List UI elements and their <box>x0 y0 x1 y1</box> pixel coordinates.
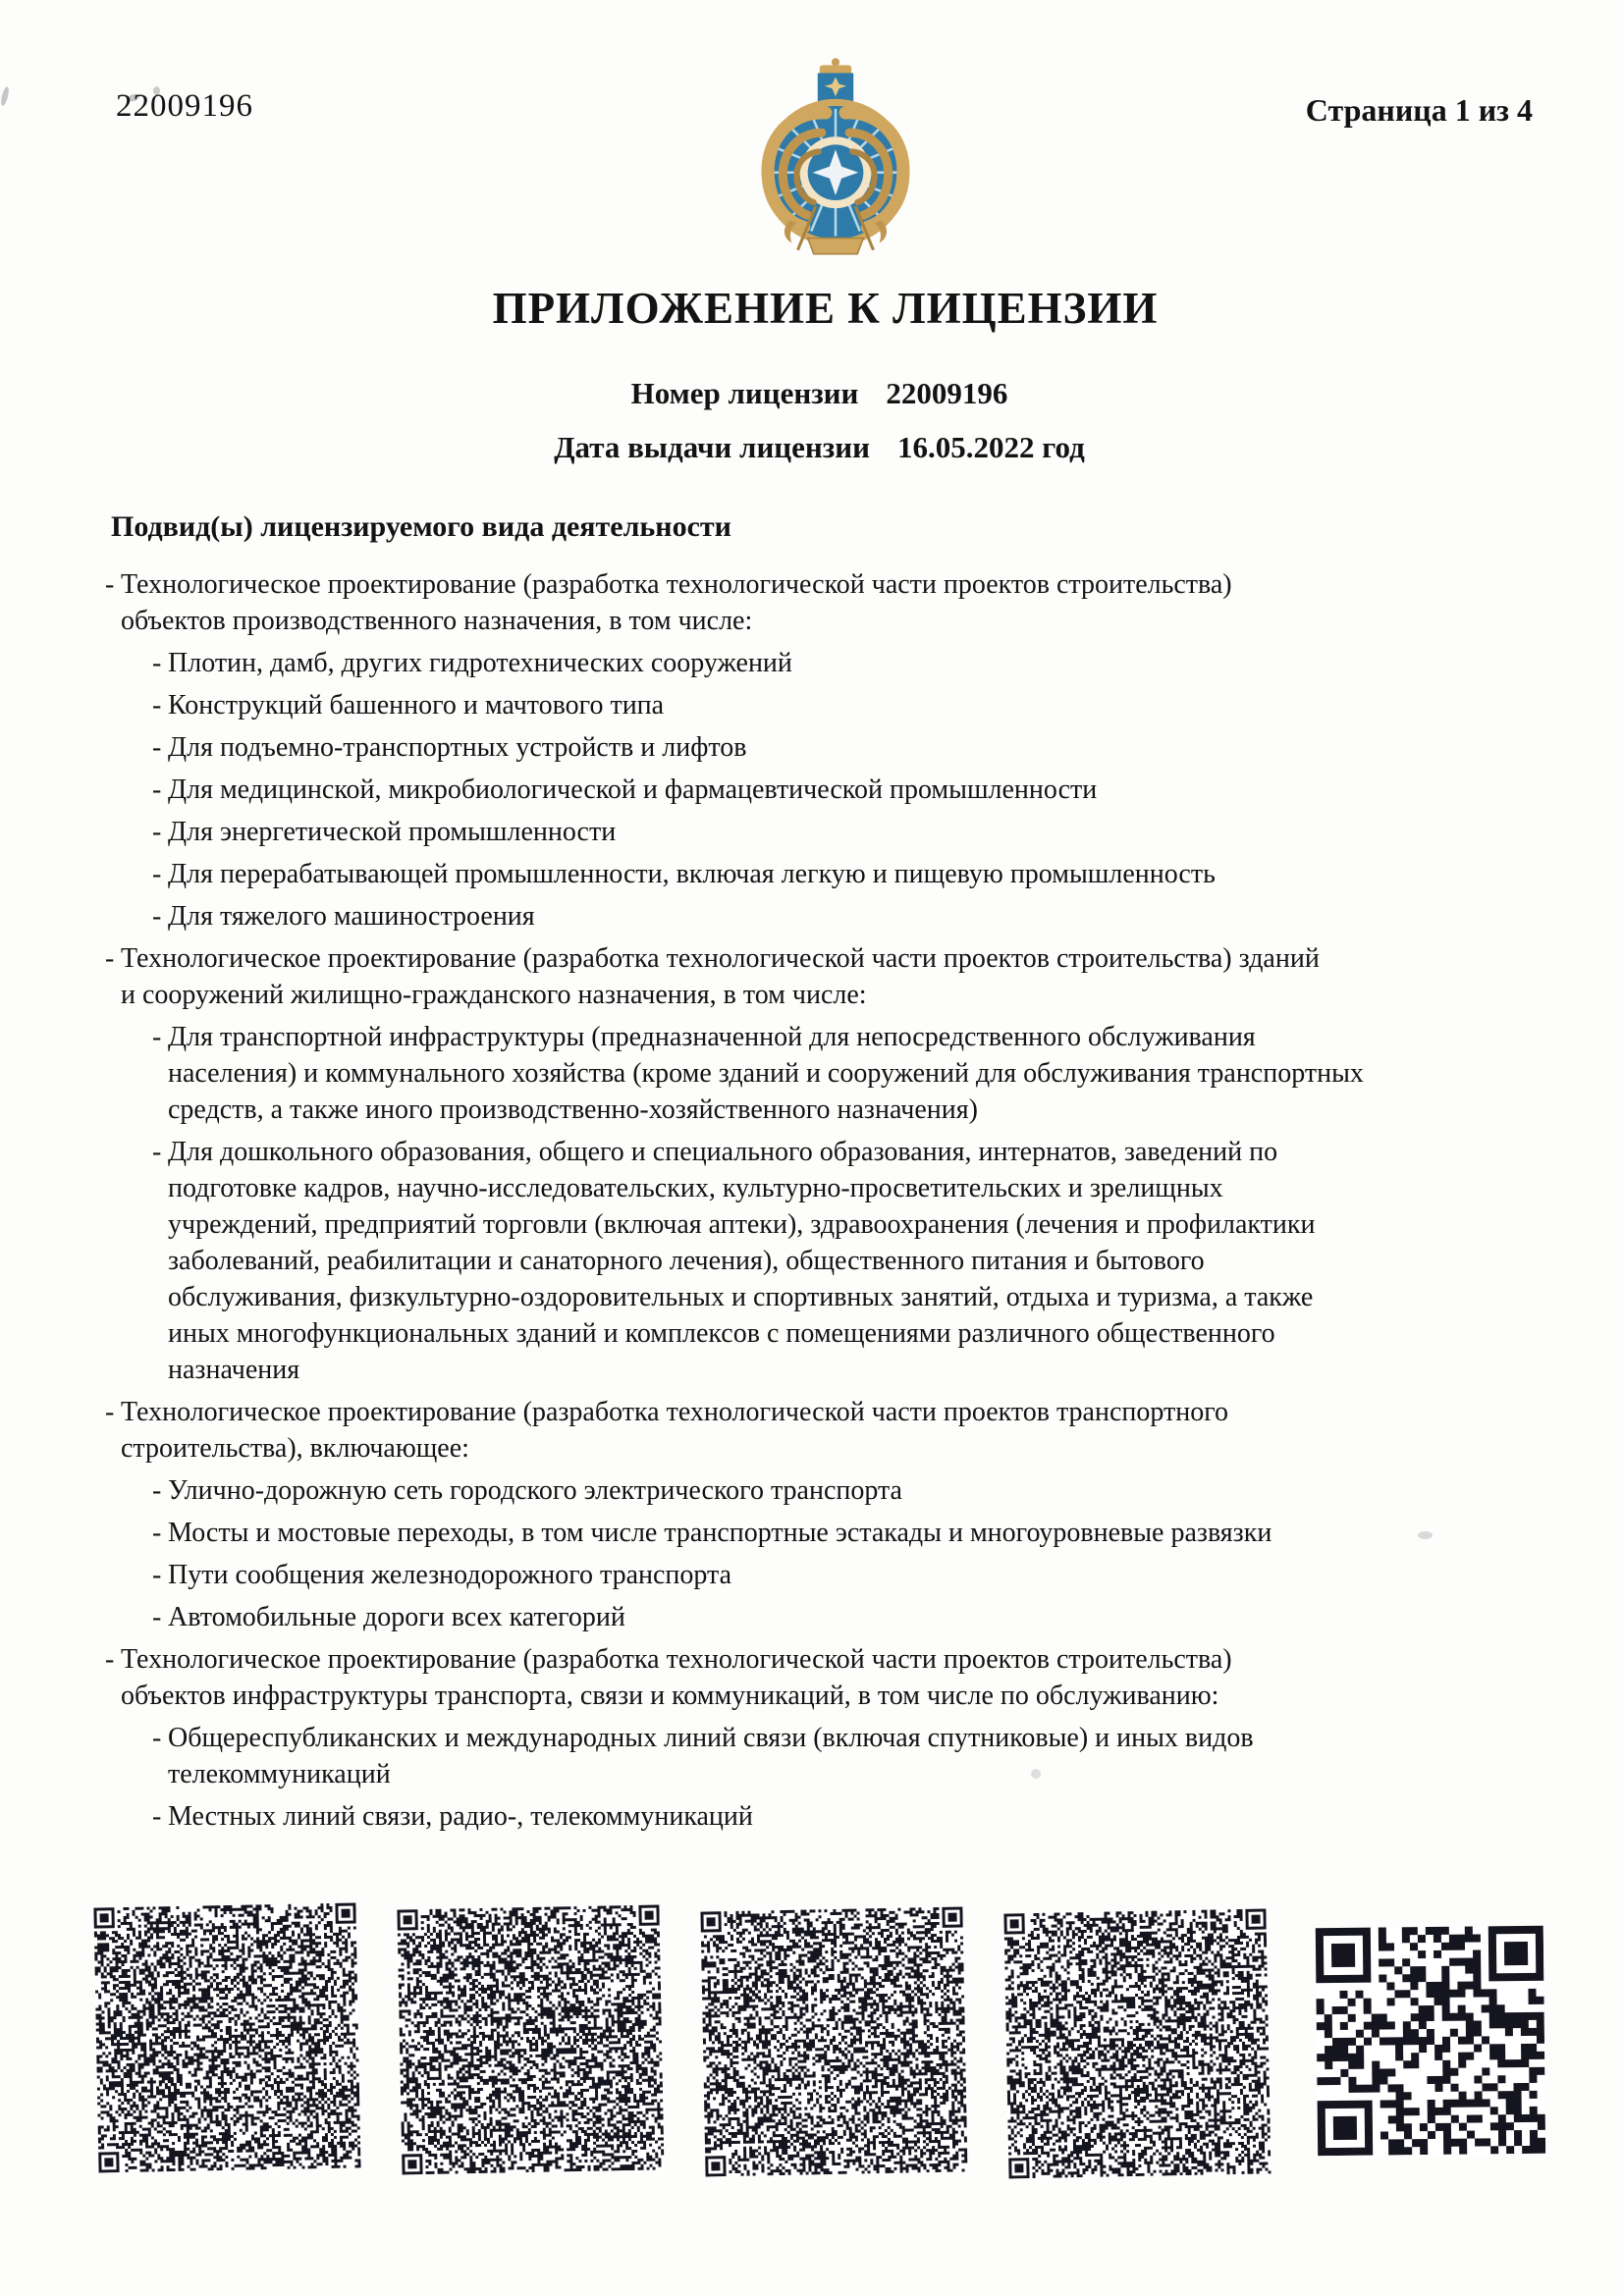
item-text: Для дошкольного образования, общего и сп… <box>168 1137 1277 1167</box>
list-item: -Технологическое проектирование (разрабо… <box>105 1394 1588 1467</box>
list-item: -Технологическое проектирование (разрабо… <box>105 566 1588 639</box>
bullet-dash: - <box>152 687 161 723</box>
license-appendix-page: 22009196 Страница 1 из 4 <box>0 0 1623 2296</box>
item-line: Для медицинской, микробиологической и фа… <box>168 772 1588 808</box>
item-line: Для транспортной инфраструктуры (предназ… <box>168 1019 1588 1055</box>
item-text: объектов производственного назначения, в… <box>121 606 752 636</box>
item-text: Для энергетической промышленности <box>168 817 616 847</box>
license-number-row: Номер лицензии22009196 <box>8 376 1623 411</box>
activity-subtypes-list: -Технологическое проектирование (разрабо… <box>105 566 1588 1841</box>
document-number: 22009196 <box>116 88 253 125</box>
bullet-dash: - <box>152 1515 161 1551</box>
list-item: -Технологическое проектирование (разрабо… <box>105 940 1588 1013</box>
item-line: Улично-дорожную сеть городского электрич… <box>168 1472 1588 1509</box>
item-line: Технологическое проектирование (разработ… <box>121 1394 1588 1430</box>
list-item: -Для тяжелого машиностроения <box>152 898 1588 934</box>
item-line: строительства), включающее: <box>121 1430 1588 1467</box>
bullet-dash: - <box>152 1720 161 1756</box>
bullet-dash: - <box>152 1798 161 1835</box>
list-item: -Для подъемно-транспортных устройств и л… <box>152 729 1588 766</box>
barcode-4 <box>1003 1908 1271 2178</box>
list-item: -Улично-дорожную сеть городского электри… <box>152 1472 1588 1509</box>
bullet-dash: - <box>152 1472 161 1509</box>
emblem-banner <box>808 239 864 254</box>
item-line: Для дошкольного образования, общего и сп… <box>168 1134 1588 1170</box>
item-line: Для энергетической промышленности <box>168 814 1588 850</box>
bullet-dash: - <box>152 1019 161 1055</box>
item-line: обслуживания, физкультурно-оздоровительн… <box>168 1279 1588 1315</box>
bullet-dash: - <box>105 1394 114 1430</box>
item-line: объектов производственного назначения, в… <box>121 603 1588 639</box>
item-text: Общереспубликанских и международных лини… <box>168 1723 1254 1753</box>
list-item: -Общереспубликанских и международных лин… <box>152 1720 1588 1792</box>
item-text: Технологическое проектирование (разработ… <box>121 1397 1228 1427</box>
license-number-label: Номер лицензии <box>631 376 859 410</box>
item-line: Местных линий связи, радио-, телекоммуни… <box>168 1798 1588 1835</box>
kazakhstan-emblem-icon <box>756 55 915 259</box>
item-text: Технологическое проектирование (разработ… <box>121 1644 1232 1675</box>
page-indicator: Страница 1 из 4 <box>1306 92 1533 129</box>
bullet-dash: - <box>152 1599 161 1635</box>
item-text: Улично-дорожную сеть городского электрич… <box>168 1475 902 1506</box>
item-line: населения) и коммунального хозяйства (кр… <box>168 1055 1588 1092</box>
item-text: Для подъемно-транспортных устройств и ли… <box>168 732 746 763</box>
issue-date-label: Дата выдачи лицензии <box>554 430 870 464</box>
item-text: Мосты и мостовые переходы, в том числе т… <box>168 1518 1271 1548</box>
license-number-value: 22009196 <box>886 376 1007 410</box>
page-title: ПРИЛОЖЕНИЕ К ЛИЦЕНЗИИ <box>14 283 1623 334</box>
item-text: заболеваний, реабилитации и санаторного … <box>168 1246 1205 1276</box>
item-text: строительства), включающее: <box>121 1433 469 1464</box>
bullet-dash: - <box>105 1641 114 1678</box>
item-line: телекоммуникаций <box>168 1756 1588 1792</box>
bullet-dash: - <box>152 898 161 934</box>
list-item: -Пути сообщения железнодорожного транспо… <box>152 1557 1588 1593</box>
bullet-dash: - <box>152 772 161 808</box>
barcode-1 <box>93 1902 360 2172</box>
bullet-dash: - <box>152 645 161 681</box>
bullet-dash: - <box>152 856 161 892</box>
item-text: учреждений, предприятий торговли (включа… <box>168 1209 1315 1240</box>
item-text: Для перерабатывающей промышленности, вкл… <box>168 859 1216 889</box>
item-text: Технологическое проектирование (разработ… <box>121 569 1232 600</box>
item-text: Для тяжелого машиностроения <box>168 901 535 932</box>
item-line: Технологическое проектирование (разработ… <box>121 1641 1588 1678</box>
item-text: телекоммуникаций <box>168 1759 391 1789</box>
item-text: объектов инфраструктуры транспорта, связ… <box>121 1681 1218 1711</box>
section-heading: Подвид(ы) лицензируемого вида деятельнос… <box>111 510 731 544</box>
item-text: Технологическое проектирование (разработ… <box>121 943 1320 974</box>
item-line: средств, а также иного производственно-х… <box>168 1092 1588 1128</box>
list-item: -Плотин, дамб, других гидротехнических с… <box>152 645 1588 681</box>
item-text: Местных линий связи, радио-, телекоммуни… <box>168 1801 753 1832</box>
issue-date-value: 16.05.2022 год <box>897 430 1085 464</box>
list-item: -Для дошкольного образования, общего и с… <box>152 1134 1588 1388</box>
item-line: Плотин, дамб, других гидротехнических со… <box>168 645 1588 681</box>
list-item: -Для перерабатывающей промышленности, вк… <box>152 856 1588 892</box>
item-line: Конструкций башенного и мачтового типа <box>168 687 1588 723</box>
item-line: объектов инфраструктуры транспорта, связ… <box>121 1678 1588 1714</box>
item-text: Плотин, дамб, других гидротехнических со… <box>168 648 792 678</box>
item-text: Автомобильные дороги всех категорий <box>168 1602 625 1632</box>
item-text: обслуживания, физкультурно-оздоровительн… <box>168 1282 1313 1312</box>
list-item: -Мосты и мостовые переходы, в том числе … <box>152 1515 1588 1551</box>
item-line: Для перерабатывающей промышленности, вкл… <box>168 856 1588 892</box>
list-item: -Для энергетической промышленности <box>152 814 1588 850</box>
item-text: и сооружений жилищно-гражданского назнач… <box>121 980 867 1010</box>
item-line: Технологическое проектирование (разработ… <box>121 940 1588 977</box>
item-text: Конструкций башенного и мачтового типа <box>168 690 664 721</box>
bullet-dash: - <box>152 729 161 766</box>
item-text: подготовке кадров, научно-исследовательс… <box>168 1173 1223 1203</box>
list-item: -Автомобильные дороги всех категорий <box>152 1599 1588 1635</box>
barcode-2 <box>397 1904 664 2174</box>
item-line: Технологическое проектирование (разработ… <box>121 566 1588 603</box>
list-item: -Для транспортной инфраструктуры (предна… <box>152 1019 1588 1128</box>
list-item: -Конструкций башенного и мачтового типа <box>152 687 1588 723</box>
item-text: населения) и коммунального хозяйства (кр… <box>168 1058 1364 1089</box>
item-text: иных многофункциональных зданий и компле… <box>168 1318 1275 1349</box>
barcode-5 <box>1316 1926 1545 2156</box>
bullet-dash: - <box>105 940 114 977</box>
bullet-dash: - <box>152 1134 161 1170</box>
item-text: Для медицинской, микробиологической и фа… <box>168 774 1097 805</box>
barcode-3 <box>700 1906 967 2176</box>
item-line: Мосты и мостовые переходы, в том числе т… <box>168 1515 1588 1551</box>
item-line: заболеваний, реабилитации и санаторного … <box>168 1243 1588 1279</box>
item-line: учреждений, предприятий торговли (включа… <box>168 1206 1588 1243</box>
item-line: и сооружений жилищно-гражданского назнач… <box>121 977 1588 1013</box>
list-item: -Технологическое проектирование (разрабо… <box>105 1641 1588 1714</box>
item-line: Для тяжелого машиностроения <box>168 898 1588 934</box>
item-line: Автомобильные дороги всех категорий <box>168 1599 1588 1635</box>
item-text: Для транспортной инфраструктуры (предназ… <box>168 1022 1256 1052</box>
item-line: подготовке кадров, научно-исследовательс… <box>168 1170 1588 1206</box>
list-item: -Местных линий связи, радио-, телекоммун… <box>152 1798 1588 1835</box>
list-item: -Для медицинской, микробиологической и ф… <box>152 772 1588 808</box>
bullet-dash: - <box>152 814 161 850</box>
license-issue-date-row: Дата выдачи лицензии16.05.2022 год <box>8 430 1623 465</box>
item-line: иных многофункциональных зданий и компле… <box>168 1315 1588 1352</box>
bullet-dash: - <box>105 566 114 603</box>
item-line: Пути сообщения железнодорожного транспор… <box>168 1557 1588 1593</box>
bullet-dash: - <box>152 1557 161 1593</box>
item-line: Для подъемно-транспортных устройств и ли… <box>168 729 1588 766</box>
scan-artifact <box>0 86 10 107</box>
item-text: средств, а также иного производственно-х… <box>168 1095 978 1125</box>
item-line: Общереспубликанских и международных лини… <box>168 1720 1588 1756</box>
item-text: назначения <box>168 1355 299 1385</box>
item-text: Пути сообщения железнодорожного транспор… <box>168 1560 731 1590</box>
item-line: назначения <box>168 1352 1588 1388</box>
